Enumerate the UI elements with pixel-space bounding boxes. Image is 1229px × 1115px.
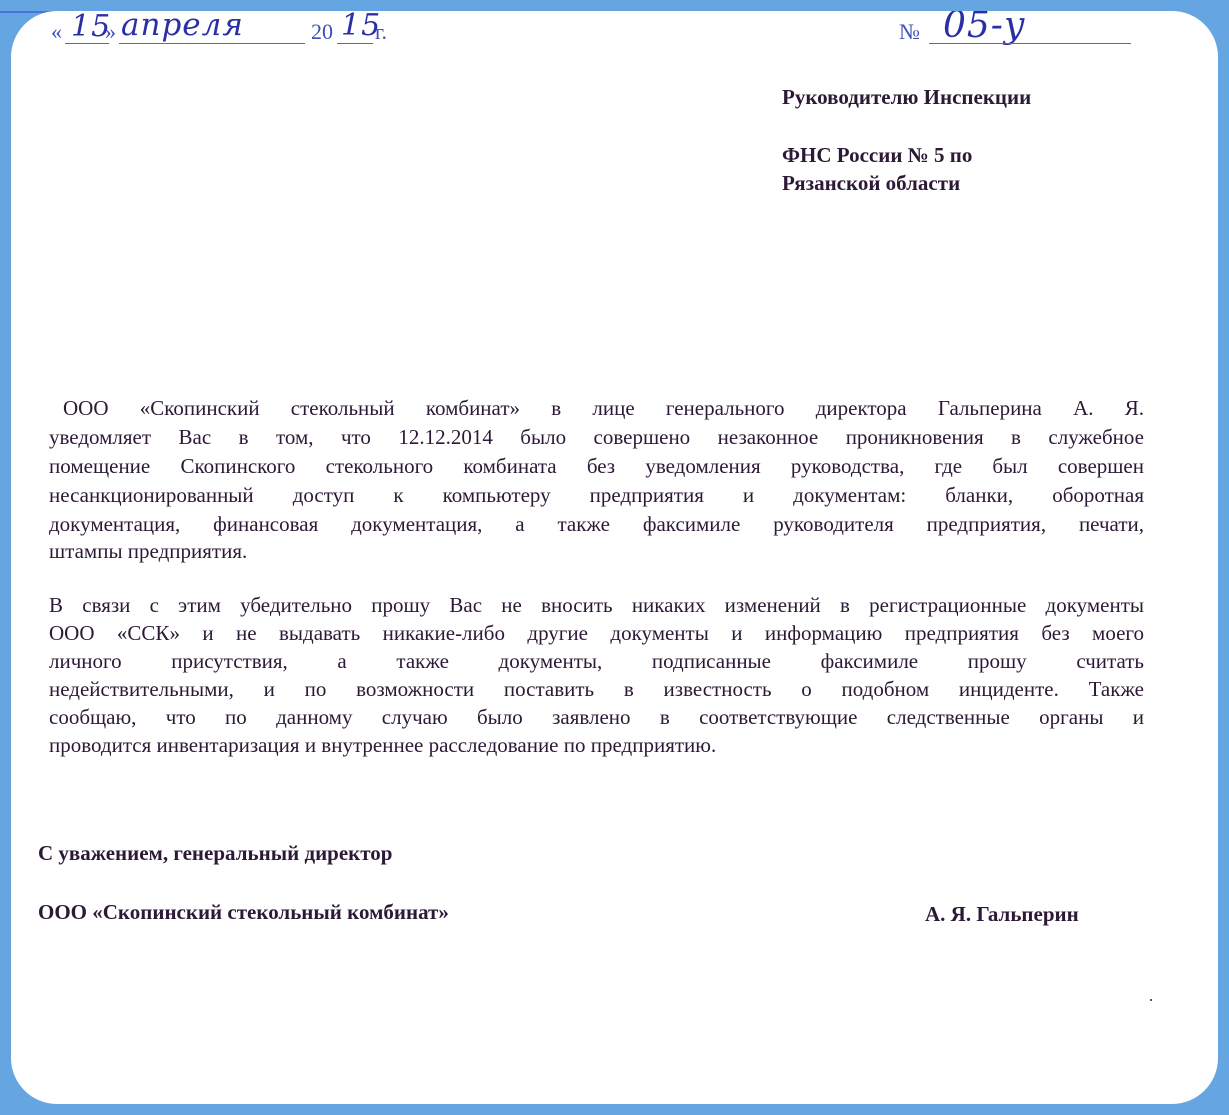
paragraph-line: ООО «Скопинский стекольный комбинат» в л… xyxy=(49,395,1144,421)
addressee-line-2: ФНС России № 5 по xyxy=(782,142,972,168)
number-label: № xyxy=(899,19,920,45)
date-month: апреля xyxy=(121,11,244,43)
paragraph-line: уведомляет Вас в том, что 12.12.2014 был… xyxy=(49,424,1144,450)
paragraph-line: проводится инвентаризация и внутреннее р… xyxy=(49,732,1144,758)
number-underline xyxy=(929,43,1131,44)
paragraph-line: помещение Скопинского стекольного комбин… xyxy=(49,453,1144,479)
paragraph-line: личного присутствия, а также документы, … xyxy=(49,648,1144,674)
date-day-underline xyxy=(65,43,109,44)
paragraph-line: ООО «ССК» и не выдавать никакие-либо дру… xyxy=(49,620,1144,646)
date-close-quote: » xyxy=(105,19,116,45)
paragraph-line: документация, финансовая документация, а… xyxy=(49,511,1144,537)
date-year-underline xyxy=(337,43,373,44)
addressee-line-1: Руководителю Инспекции xyxy=(782,84,1031,110)
paragraph-line: В связи с этим убедительно прошу Вас не … xyxy=(49,592,1144,618)
date-month-underline xyxy=(119,43,305,44)
signature-closing: С уважением, генеральный директор xyxy=(38,841,393,866)
paragraph-line: сообщаю, что по данному случаю было заяв… xyxy=(49,704,1144,730)
date-year-prefix: 20 xyxy=(311,19,333,45)
paragraph-line: недействительными, и по возможности пост… xyxy=(49,676,1144,702)
number-value: 05-у xyxy=(943,11,1026,46)
paragraph-line: несанкционированный доступ к компьютеру … xyxy=(49,482,1144,508)
document-page: « 15 » апреля 20 15 г. № 05-у Руководите… xyxy=(11,11,1218,1104)
signature-name: А. Я. Гальперин xyxy=(925,902,1079,927)
paragraph-line: штампы предприятия. xyxy=(49,538,1144,564)
signature-company: ООО «Скопинский стекольный комбинат» xyxy=(38,900,449,925)
date-year-unit: г. xyxy=(375,19,387,45)
scan-speck xyxy=(1150,999,1152,1001)
date-open-quote: « xyxy=(51,19,62,45)
addressee-line-3: Рязанской области xyxy=(782,170,960,196)
